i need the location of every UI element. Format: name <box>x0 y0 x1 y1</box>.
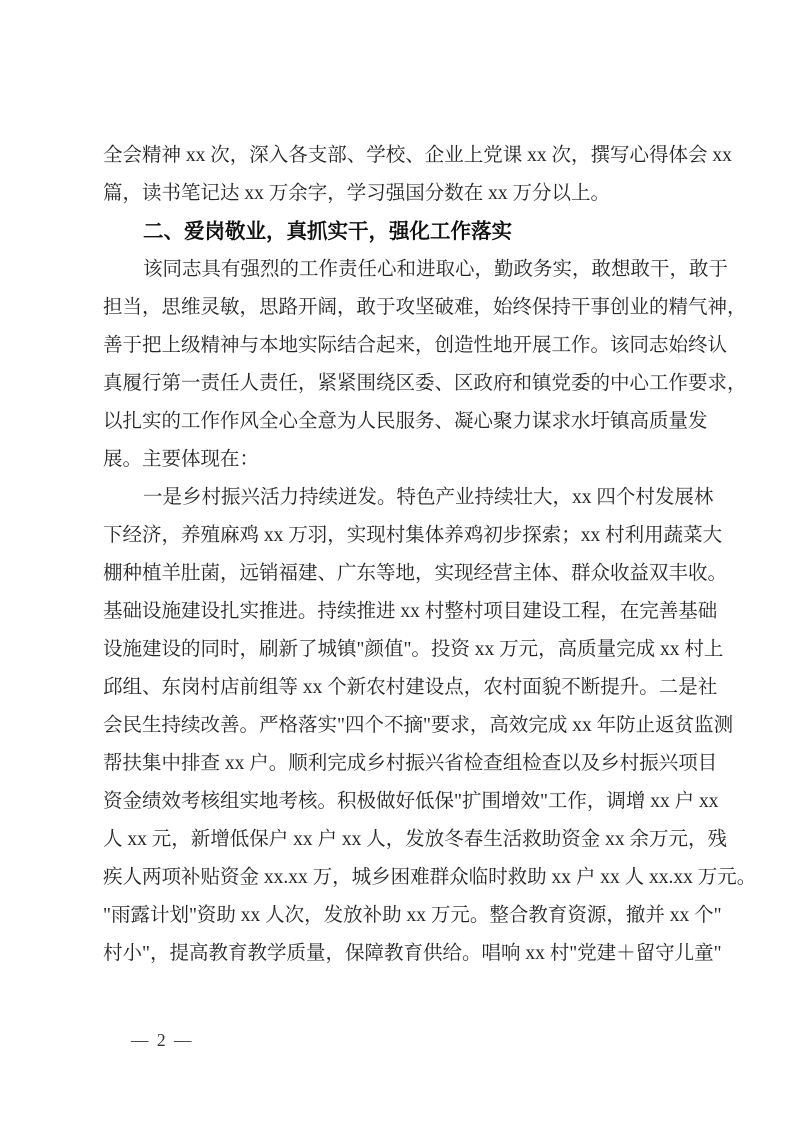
document-page: 全会精神 xx 次，深入各支部、学校、企业上党课 xx 次，撰写心得体会 xx … <box>0 0 793 1122</box>
body-line: 会民生持续改善。严格落实"四个不摘"要求，高效完成 xx 年防止返贫监测 <box>103 707 697 745</box>
body-line-paragraph-end: 篇，读书笔记达 xx 万余字，学习强国分数在 xx 万分以上。 <box>103 175 697 213</box>
body-line: 下经济，养殖麻鸡 xx 万羽，实现村集体养鸡初步探索；xx 村利用蔬菜大 <box>103 517 697 555</box>
body-line: 全会精神 xx 次，深入各支部、学校、企业上党课 xx 次，撰写心得体会 xx <box>103 137 697 175</box>
body-line: 邱组、东岗村店前组等 xx 个新农村建设点，农村面貌不断提升。二是社 <box>103 669 697 707</box>
body-line: 真履行第一责任人责任，紧紧围绕区委、区政府和镇党委的中心工作要求， <box>103 365 697 403</box>
body-line: 基础设施建设扎实推进。持续推进 xx 村整村项目建设工程，在完善基础 <box>103 593 697 631</box>
body-line: 疾人两项补贴资金 xx.xx 万，城乡困难群众临时救助 xx 户 xx 人 xx… <box>103 859 697 897</box>
body-line-paragraph-start: 该同志具有强烈的工作责任心和进取心，勤政务实，敢想敢干，敢于 <box>103 251 697 289</box>
body-line: 以扎实的工作作风全心全意为人民服务、凝心聚力谋求水圩镇高质量发 <box>103 403 697 441</box>
body-line: 设施建设的同时，刷新了城镇"颜值"。投资 xx 万元，高质量完成 xx 村上 <box>103 631 697 669</box>
page-number: — 2 — <box>131 1027 194 1053</box>
section-heading: 二、爱岗敬业，真抓实干，强化工作落实 <box>103 213 697 251</box>
body-line: 人 xx 元，新增低保户 xx 户 xx 人，发放冬春生活救助资金 xx 余万元… <box>103 821 697 859</box>
body-line: 担当，思维灵敏，思路开阔，敢于攻坚破难，始终保持干事创业的精气神， <box>103 289 697 327</box>
body-line: 帮扶集中排查 xx 户。顺利完成乡村振兴省检查组检查以及乡村振兴项目 <box>103 745 697 783</box>
body-line: 资金绩效考核组实地考核。积极做好低保"扩围增效"工作，调增 xx 户 xx <box>103 783 697 821</box>
body-line: 村小"，提高教育教学质量，保障教育供给。唱响 xx 村"党建＋留守儿童" <box>103 935 697 973</box>
body-line: 棚种植羊肚菌，远销福建、广东等地，实现经营主体、群众收益双丰收。 <box>103 555 697 593</box>
body-line: 善于把上级精神与本地实际结合起来，创造性地开展工作。该同志始终认 <box>103 327 697 365</box>
body-line-paragraph-end: 展。主要体现在： <box>103 441 697 479</box>
body-line: "雨露计划"资助 xx 人次，发放补助 xx 万元。整合教育资源，撤并 xx 个… <box>103 897 697 935</box>
document-body: 全会精神 xx 次，深入各支部、学校、企业上党课 xx 次，撰写心得体会 xx … <box>103 137 697 973</box>
body-line-paragraph-start: 一是乡村振兴活力持续迸发。特色产业持续壮大，xx 四个村发展林 <box>103 479 697 517</box>
